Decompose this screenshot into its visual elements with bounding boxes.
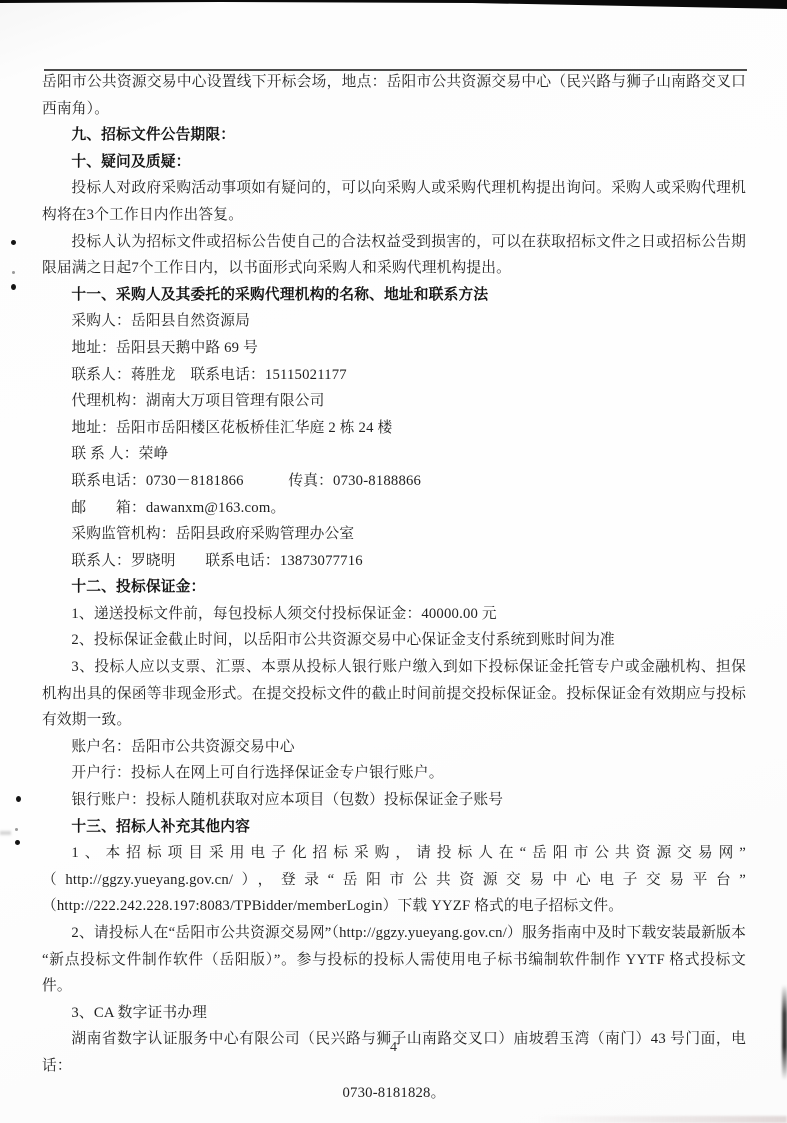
paragraph: 开户行：投标人在网上可自行选择保证金专户银行账户。 [42, 760, 746, 787]
paragraph: 3、投标人应以支票、汇票、本票从投标人银行账户缴入到如下投标保证金托管专户或金融… [42, 654, 746, 734]
paragraph: 联系人：蒋胜龙 联系电话：15115021177 [42, 362, 746, 389]
paragraph: 联系人：罗晓明 联系电话：13873077716 [42, 548, 746, 575]
scan-dot-artifact [11, 284, 16, 290]
scan-dot-artifact [12, 271, 15, 274]
paragraph: 2、投标保证金截止时间，以岳阳市公共资源交易中心保证金支付系统到账时间为准 [42, 627, 746, 654]
document-page: 岳阳市公共资源交易中心设置线下开标会场，地点：岳阳市公共资源交易中心（民兴路与狮… [0, 0, 787, 1123]
scan-dot-artifact [11, 240, 16, 245]
paragraph: 代理机构：湖南大万项目管理有限公司 [42, 388, 746, 415]
paragraph: 0730-8181828。 [42, 1080, 746, 1107]
paragraph: 邮 箱：dawanxm@163.com。 [42, 495, 746, 522]
paragraph: 投标人对政府采购活动事项如有疑问的，可以向采购人或采购代理机构提出询问。采购人或… [42, 175, 746, 228]
paragraph: 岳阳市公共资源交易中心设置线下开标会场，地点：岳阳市公共资源交易中心（民兴路与狮… [42, 69, 746, 122]
scan-dot-artifact [15, 840, 20, 845]
paragraph: 1、本招标项目采用电子化招标采购，请投标人在“岳阳市公共资源交易网” （http… [42, 840, 746, 920]
paragraph: 地址：岳阳县天鹅中路 69 号 [42, 335, 746, 362]
page-number: 4 [0, 1040, 787, 1056]
paragraph: 联系电话：0730－8181866 传真：0730-8188866 [42, 468, 746, 495]
paragraph: 采购监管机构：岳阳县政府采购管理办公室 [42, 521, 746, 548]
scan-left-smudge-artifact [0, 831, 11, 835]
scan-dot-artifact [16, 796, 21, 802]
section-heading: 十一、采购人及其委托的采购代理机构的名称、地址和联系方法 [42, 282, 746, 309]
paragraph: 1、递送投标文件前，每包投标人须交付投标保证金：40000.00 元 [42, 601, 746, 628]
section-heading: 十三、招标人补充其他内容 [42, 814, 746, 841]
paragraph: 投标人认为招标文件或招标公告使自己的合法权益受到损害的，可以在获取招标文件之日或… [42, 229, 746, 282]
document-body: 岳阳市公共资源交易中心设置线下开标会场，地点：岳阳市公共资源交易中心（民兴路与狮… [42, 69, 746, 1106]
section-heading: 十二、投标保证金： [42, 574, 746, 601]
section-heading: 九、招标文件公告期限： [42, 122, 746, 149]
paragraph: 2、请投标人在“岳阳市公共资源交易网”（http://ggzy.yueyang.… [42, 920, 746, 1000]
paragraph: 银行账户：投标人随机获取对应本项目（包数）投标保证金子账号 [42, 787, 746, 814]
paragraph: 地址：岳阳市岳阳楼区花板桥佳汇华庭 2 栋 24 楼 [42, 415, 746, 442]
scan-bottom-smudge-artifact [537, 1116, 787, 1123]
scan-right-edge-artifact [782, 985, 787, 1080]
section-heading: 十、疑问及质疑： [42, 149, 746, 176]
scan-top-edge-artifact [0, 0, 787, 10]
paragraph: 联 系 人：荣峥 [42, 441, 746, 468]
paragraph: 采购人：岳阳县自然资源局 [42, 308, 746, 335]
paragraph: 账户名：岳阳市公共资源交易中心 [42, 734, 746, 761]
paragraph: 3、CA 数字证书办理 [42, 1000, 746, 1027]
scan-dot-artifact [15, 828, 18, 831]
